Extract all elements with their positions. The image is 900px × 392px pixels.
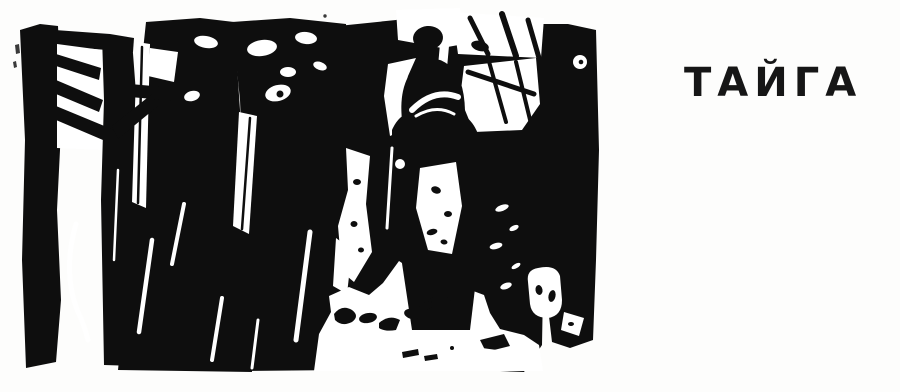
margin-speck [15, 44, 20, 54]
margin-speck [323, 14, 326, 17]
page: ТАЙГА [0, 0, 900, 392]
illustration-figure [0, 0, 660, 392]
illustration-caption: ТАЙГА [684, 60, 884, 106]
margin-speck [13, 61, 17, 68]
taiga-woodcut-illustration [0, 0, 660, 392]
